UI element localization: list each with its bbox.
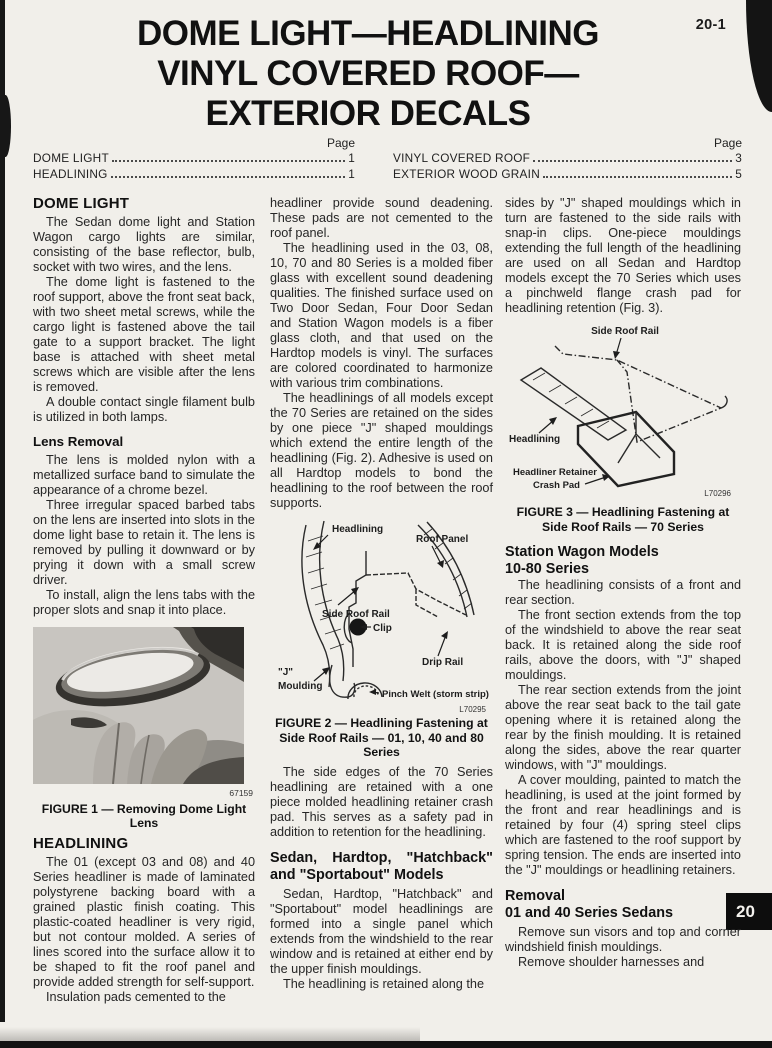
paragraph: A cover moulding, painted to match the h… <box>505 773 741 878</box>
title-line-2: VINYL COVERED ROOF— <box>18 54 718 94</box>
toc-page-ref: 3 <box>735 151 742 167</box>
page-title: DOME LIGHT—HEADLINING VINYL COVERED ROOF… <box>18 14 718 134</box>
subheading-station-wagon-line2: 10-80 Series <box>505 561 741 578</box>
subheading-removal: Removal <box>505 888 741 905</box>
toc-page-header: Page <box>393 136 742 150</box>
figure3-label-retainer-2: Crash Pad <box>533 480 580 491</box>
paragraph: The rear section extends from the joint … <box>505 683 741 773</box>
scan-corner-top-right <box>746 0 772 112</box>
paragraph: Insulation pads cemented to the <box>33 990 255 1005</box>
scan-bottom-shade <box>0 1027 420 1041</box>
paragraph: The Sedan dome light and Station Wagon c… <box>33 215 255 275</box>
table-of-contents: Page DOME LIGHT 1 HEADLINING 1 Page VINY… <box>33 136 742 182</box>
paragraph: The headlining is retained along the <box>270 977 493 992</box>
figure3-label-retainer-1: Headliner Retainer <box>513 467 597 478</box>
toc-page-ref: 5 <box>735 167 742 183</box>
toc-label: EXTERIOR WOOD GRAIN <box>393 167 540 183</box>
figure2: Headlining Roof Panel Side Roof Rail Cli… <box>270 517 493 760</box>
manual-page: 20 20-1 DOME LIGHT—HEADLINING VINYL COVE… <box>0 0 772 1048</box>
figure1-ref-number: 67159 <box>33 786 253 801</box>
column-1: DOME LIGHT The Sedan dome light and Stat… <box>33 196 255 1005</box>
figure2-diagram: Headlining Roof Panel Side Roof Rail Cli… <box>270 517 493 715</box>
subheading-lens-removal: Lens Removal <box>33 434 255 450</box>
toc-entry-vinyl-roof: VINYL COVERED ROOF 3 <box>393 151 742 167</box>
paragraph: The headlining consists of a front and r… <box>505 578 741 608</box>
toc-label: VINYL COVERED ROOF <box>393 151 530 167</box>
figure2-label-drip-rail: Drip Rail <box>422 657 463 668</box>
figure2-label-j: "J" <box>278 667 293 678</box>
subheading-station-wagon-line1: Station Wagon Models <box>505 544 741 561</box>
dot-leader <box>111 176 346 178</box>
figure2-caption: FIGURE 2 — Headlining Fastening at Side … <box>270 716 493 760</box>
figure2-label-roof-panel: Roof Panel <box>416 534 468 545</box>
toc-entry-wood-grain: EXTERIOR WOOD GRAIN 5 <box>393 167 742 183</box>
dot-leader <box>533 160 732 162</box>
subheading-01-40-sedans: 01 and 40 Series Sedans <box>505 905 741 922</box>
figure3-diagram: Side Roof Rail Headlining Headliner Reta… <box>505 322 741 504</box>
toc-page-ref: 1 <box>348 151 355 167</box>
toc-label: HEADLINING <box>33 167 108 183</box>
paragraph: To install, align the lens tabs with the… <box>33 588 255 618</box>
paragraph: The headlinings of all models except the… <box>270 391 493 511</box>
dot-leader <box>112 160 345 162</box>
figure3-ref-number: L70296 <box>704 489 731 498</box>
paragraph: Remove sun visors and top and corner win… <box>505 925 741 955</box>
title-line-3: EXTERIOR DECALS <box>18 94 718 134</box>
dome-light-photo-illustration <box>33 627 244 784</box>
paragraph: The dome light is fastened to the roof s… <box>33 275 255 395</box>
toc-left-column: Page DOME LIGHT 1 HEADLINING 1 <box>33 136 355 182</box>
paragraph: The front section extends from the top o… <box>505 608 741 683</box>
toc-label: DOME LIGHT <box>33 151 109 167</box>
paragraph: Three irregular spaced barbed tabs on th… <box>33 498 255 588</box>
paragraph: headliner provide sound deadening. These… <box>270 196 493 241</box>
toc-page-ref: 1 <box>348 167 355 183</box>
figure2-label-pinch-welt: Pinch Welt (storm strip) <box>382 689 489 700</box>
figure2-ref-number: L70295 <box>459 705 486 714</box>
figure3-label-headlining: Headlining <box>509 434 560 445</box>
paragraph: sides by "J" shaped mouldings which in t… <box>505 196 741 316</box>
toc-entry-headlining: HEADLINING 1 <box>33 167 355 183</box>
figure2-label-headlining: Headlining <box>332 524 383 535</box>
toc-right-column: Page VINYL COVERED ROOF 3 EXTERIOR WOOD … <box>393 136 742 182</box>
section-heading-dome-light: DOME LIGHT <box>33 196 255 211</box>
figure2-label-clip: Clip <box>373 623 392 634</box>
paragraph: Sedan, Hardtop, "Hatchback" and "Sportab… <box>270 887 493 977</box>
paragraph: The headlining used in the 03, 08, 10, 7… <box>270 241 493 391</box>
paragraph: The 01 (except 03 and 08) and 40 Series … <box>33 855 255 990</box>
figure1-photo <box>33 627 244 784</box>
figure3-label-side-roof-rail: Side Roof Rail <box>591 326 659 337</box>
column-3: sides by "J" shaped mouldings which in t… <box>505 196 741 970</box>
scan-edge-blob <box>0 95 11 157</box>
scan-edge-bottom <box>0 1041 772 1048</box>
column-2: headliner provide sound deadening. These… <box>270 196 493 992</box>
paragraph: The side edges of the 70 Series headlini… <box>270 765 493 840</box>
toc-entry-dome-light: DOME LIGHT 1 <box>33 151 355 167</box>
paragraph: A double contact single filament bulb is… <box>33 395 255 425</box>
figure1-caption: FIGURE 1 — Removing Dome Light Lens <box>33 802 255 831</box>
subheading-station-wagon: Station Wagon Models 10-80 Series <box>505 544 741 578</box>
dot-leader <box>543 176 732 178</box>
toc-page-header: Page <box>33 136 355 150</box>
figure2-label-moulding: Moulding <box>278 681 322 692</box>
paragraph: The lens is molded nylon with a metalliz… <box>33 453 255 498</box>
figure3-caption: FIGURE 3 — Headlining Fastening at Side … <box>505 505 741 534</box>
paragraph: Remove shoulder harnesses and <box>505 955 741 970</box>
section-heading-headlining: HEADLINING <box>33 836 255 851</box>
figure2-label-side-roof-rail: Side Roof Rail <box>322 609 390 620</box>
figure3: Side Roof Rail Headlining Headliner Reta… <box>505 322 741 534</box>
subheading-sedan-hardtop: Sedan, Hardtop, "Hatchback" and "Sportab… <box>270 850 493 884</box>
title-line-1: DOME LIGHT—HEADLINING <box>18 14 718 54</box>
